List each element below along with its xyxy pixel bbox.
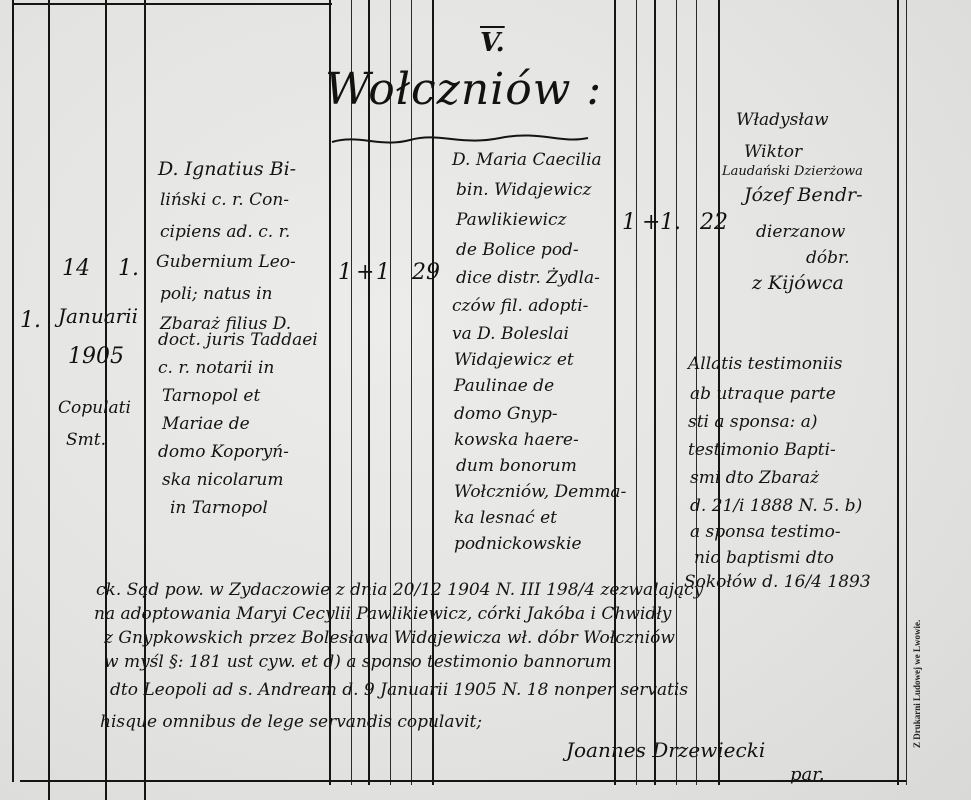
witness-line: Laudański Dzierżowa xyxy=(722,164,863,179)
witness-line: Józef Bendr- xyxy=(744,184,863,206)
date-month-number: 1. xyxy=(118,258,139,280)
groom-line: in Tarnopol xyxy=(170,498,268,518)
parish-heading: Wołczniów : xyxy=(325,68,602,112)
bottom-rule xyxy=(20,780,906,782)
bride-line: dum bonorum xyxy=(456,456,577,476)
bride-line: Wołczniów, Demma- xyxy=(454,482,626,502)
bride-line: D. Maria Caecilia xyxy=(452,150,602,170)
column-rule xyxy=(676,0,677,785)
register-page: V. Wołczniów : 1. 14 1. Januarii 1905 Co… xyxy=(0,0,971,800)
remarks-line: testimonio Bapti- xyxy=(688,440,836,460)
column-rule xyxy=(48,0,50,800)
printer-imprint: Z Drukarni Ludowej we Lwowie. xyxy=(912,620,922,748)
bride-line: dice distr. Żydla- xyxy=(456,268,600,288)
bride-line: ka lesnać et xyxy=(454,508,557,528)
witness-line: dóbr. xyxy=(806,248,850,268)
groom-line: c. r. notarii in xyxy=(158,358,274,378)
witness-line: Władysław xyxy=(736,110,829,130)
groom-line: ska nicolarum xyxy=(162,470,283,490)
bride-age-mark: 1. xyxy=(660,212,681,234)
groom-age-mark: 1 xyxy=(338,262,352,284)
footnote-line: w myśl §: 181 ust cyw. et d) a sponso te… xyxy=(104,652,612,672)
footnote-line: dto Leopoli ad s. Andream d. 9 Januarii … xyxy=(110,680,688,700)
footnote-line: na adoptowania Maryi Cecylii Pawlikiewic… xyxy=(94,604,671,624)
groom-age-mark: + xyxy=(356,262,374,284)
remarks-line: smi dto Zbaraż xyxy=(690,468,819,488)
priest-title: par. xyxy=(790,766,825,784)
entry-number: 1. xyxy=(20,310,41,332)
bride-age-mark: 1 xyxy=(622,212,636,234)
bride-line: de Bolice pod- xyxy=(456,240,579,260)
column-rule xyxy=(897,0,899,785)
groom-line: liński c. r. Con- xyxy=(160,190,289,210)
groom-line: Gubernium Leo- xyxy=(156,252,296,272)
date-day: 14 xyxy=(62,258,90,280)
bride-line: bin. Widajewicz xyxy=(456,180,592,200)
bride-line: kowska haere- xyxy=(454,430,579,450)
groom-line: D. Ignatius Bi- xyxy=(158,158,296,180)
witness-line: Wiktor xyxy=(744,142,802,162)
date-month: Januarii xyxy=(58,306,138,326)
groom-age: 29 xyxy=(412,262,440,284)
remarks-line: Sokołów d. 16/4 1893 xyxy=(684,572,871,592)
groom-line: cipiens ad. c. r. xyxy=(160,222,290,242)
footnote-line: ck. Sąd pow. w Zydaczowie z dnia 20/12 1… xyxy=(96,580,703,600)
remarks-line: ab utraque parte xyxy=(690,384,836,404)
groom-line: doct. juris Taddaei xyxy=(158,330,318,350)
groom-age-mark: 1 xyxy=(376,262,390,284)
footnote-line: z Gnypkowskich przez Bolesława Widajewic… xyxy=(104,628,675,648)
rite-note-line: Copulati xyxy=(58,400,131,417)
groom-line: poli; natus in xyxy=(160,284,273,304)
groom-line: Mariae de xyxy=(162,414,250,434)
remarks-line: d. 21/i 1888 N. 5. b) xyxy=(690,496,862,516)
bride-line: domo Gnyp- xyxy=(454,404,558,424)
column-rule xyxy=(654,0,656,785)
bride-line: va D. Boleslai xyxy=(452,324,569,344)
footnote-line: hisque omnibus de lege servandis copulav… xyxy=(100,712,482,732)
column-rule xyxy=(636,0,637,785)
priest-signature: Joannes Drzewiecki xyxy=(566,740,765,760)
bride-line: Pawlikiewicz xyxy=(456,210,567,230)
bride-line: Paulinae de xyxy=(454,376,554,396)
remarks-line: Allatis testimoniis xyxy=(688,354,842,374)
top-rule xyxy=(12,3,332,5)
witness-line: dierzanow xyxy=(756,222,845,242)
bride-line: czów fil. adopti- xyxy=(452,296,588,316)
bride-age-mark: + xyxy=(642,212,660,234)
remarks-line: nio baptismi dto xyxy=(694,548,834,568)
bride-line: Widajewicz et xyxy=(454,350,574,370)
column-rule xyxy=(614,0,616,785)
heading-underline-flourish xyxy=(330,130,590,150)
column-rule xyxy=(12,0,14,782)
section-number: V. xyxy=(480,30,505,56)
bride-line: podnickowskie xyxy=(454,534,582,554)
groom-line: Tarnopol et xyxy=(162,386,260,406)
rite-note-line: Smt. xyxy=(66,432,106,449)
date-year: 1905 xyxy=(68,346,124,368)
column-rule xyxy=(906,0,907,785)
groom-line: domo Koporyń- xyxy=(158,442,289,462)
bride-age: 22 xyxy=(700,212,728,234)
witness-line: z Kijówca xyxy=(752,272,844,294)
remarks-line: sti a sponsa: a) xyxy=(688,412,817,432)
remarks-line: a sponsa testimo- xyxy=(690,522,841,542)
